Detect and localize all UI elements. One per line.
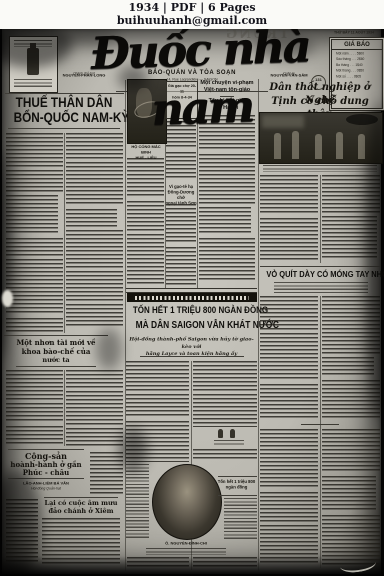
body-text-column bbox=[66, 133, 123, 333]
photo-canopy bbox=[346, 114, 378, 125]
pharmacist-headline-line1: Một nhơn tài mới về bbox=[4, 338, 108, 347]
pharmacist-headline-line2: khoa bào-chế của bbox=[4, 347, 108, 356]
body-text-column bbox=[322, 296, 380, 421]
photo-person bbox=[315, 134, 322, 159]
body-text-column bbox=[127, 158, 164, 286]
person-figure-icon bbox=[230, 429, 235, 438]
news-photo bbox=[259, 112, 383, 164]
medicine-bottle-icon bbox=[27, 48, 39, 75]
column-rule bbox=[320, 175, 321, 263]
scan-shadow-bottom bbox=[0, 556, 384, 576]
body-text-column bbox=[6, 133, 63, 333]
section-rule bbox=[260, 266, 381, 267]
claw-subhead-block bbox=[274, 282, 368, 293]
banner-text-block bbox=[135, 296, 249, 300]
divider-dash bbox=[301, 424, 339, 425]
person-figure-icon bbox=[218, 429, 223, 438]
advert-text-block bbox=[14, 79, 52, 88]
communists-headline-line3: Phúc - châu bbox=[6, 469, 86, 477]
body-text-column bbox=[126, 464, 149, 540]
portrait-photo bbox=[152, 464, 222, 540]
water-headline-line2: MÀ DÂN SAIGON VẪN KHÁT NƯỚC bbox=[122, 318, 258, 332]
caption-text-block bbox=[146, 548, 226, 555]
body-text-column bbox=[260, 175, 318, 263]
photo-highlight bbox=[262, 115, 304, 128]
photo-person bbox=[292, 131, 299, 159]
body-text-column bbox=[66, 370, 123, 446]
section-rule bbox=[16, 366, 96, 367]
siam-headline-line1: Lại có cuộc âm mưu bbox=[42, 499, 120, 507]
claw-headline: VỎ QUÍT DÀY CÓ MÓNG TAY NHỌN bbox=[259, 269, 382, 280]
body-text-column bbox=[90, 452, 123, 496]
siam-headline-line2: đảo chánh ở Xiêm bbox=[42, 507, 120, 515]
body-text-column bbox=[6, 370, 63, 446]
section-rule bbox=[8, 478, 84, 479]
section-banner bbox=[127, 293, 257, 302]
scan-hole bbox=[2, 290, 13, 307]
caption-text-block bbox=[263, 165, 377, 172]
section-rule bbox=[218, 495, 257, 496]
body-text-column bbox=[322, 429, 380, 567]
body-text-column bbox=[166, 204, 196, 288]
tax-headline-line1: THUẾ THÂN DÂN bbox=[4, 95, 124, 109]
front-page-advert-box bbox=[9, 36, 58, 93]
body-text-column bbox=[6, 499, 38, 563]
body-text-column bbox=[260, 429, 318, 567]
pharmacist-headline-line3: nước ta bbox=[4, 356, 108, 364]
advert-figures bbox=[212, 429, 246, 447]
photo-figure bbox=[136, 88, 152, 118]
watermark-strip: 1934 | PDF | 6 Pages buihuuhanh@gmail.co… bbox=[0, 0, 384, 29]
advert-caption-block bbox=[214, 440, 244, 445]
section-rule bbox=[44, 497, 118, 498]
body-text-column bbox=[199, 115, 255, 287]
section-rule bbox=[8, 449, 84, 450]
body-text-column bbox=[260, 296, 318, 421]
photo-person bbox=[274, 133, 281, 159]
signature-title: Hội-đồng Quản-hạt bbox=[6, 487, 86, 494]
newspaper-scan-page: 1934 | PDF | 6 Pages buihuuhanh@gmail.co… bbox=[0, 0, 384, 576]
water-headline-line1: TỐN HẾT 1 TRIỆU 800 NGÀN ĐỒNG bbox=[122, 304, 258, 317]
body-text-column bbox=[193, 361, 257, 427]
section-rule bbox=[218, 476, 257, 477]
body-text-column bbox=[224, 498, 257, 540]
body-text-column bbox=[193, 449, 257, 461]
section-rule bbox=[8, 128, 120, 129]
body-text-column bbox=[322, 175, 380, 263]
photo-person bbox=[336, 132, 343, 159]
watermark-email: buihuuhanh@gmail.com bbox=[0, 14, 384, 27]
watermark-year-line: 1934 | PDF | 6 Pages bbox=[0, 0, 384, 14]
photo-person bbox=[358, 134, 365, 159]
column-rule bbox=[320, 296, 321, 568]
column-rule bbox=[64, 133, 65, 333]
body-text-column bbox=[126, 361, 189, 462]
section-rule bbox=[4, 335, 108, 336]
section-rule bbox=[140, 356, 244, 357]
column-rule bbox=[64, 370, 65, 446]
tax-headline-line2: BỔN-QUỐC NAM-KỲ bbox=[4, 110, 124, 124]
